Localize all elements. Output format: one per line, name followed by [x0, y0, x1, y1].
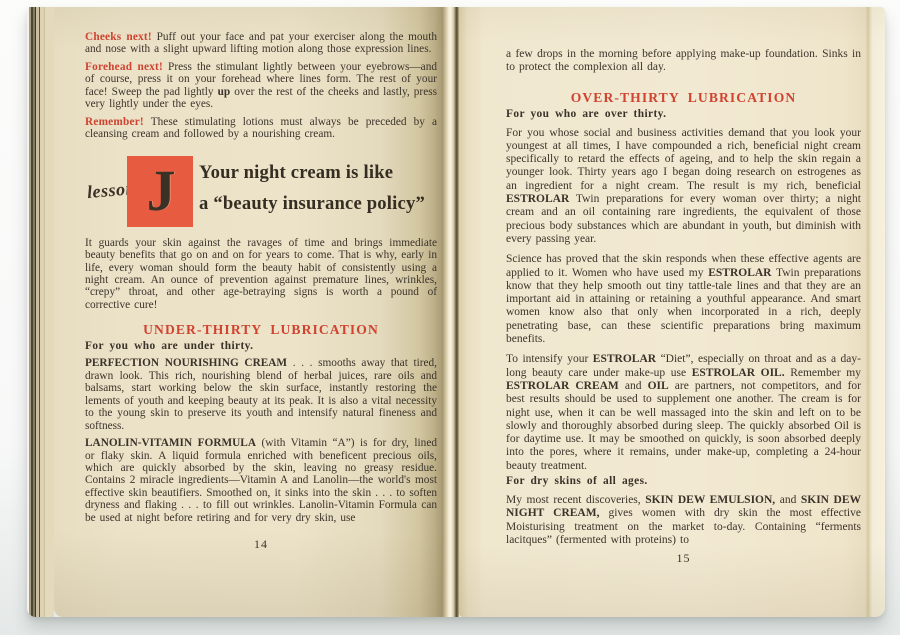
- paragraph-lead: Forehead next!: [85, 61, 163, 73]
- paragraph-recent-discoveries: My most recent discoveries, SKIN DEW EMU…: [506, 494, 861, 547]
- page-15: a few drops in the morning before applyi…: [459, 7, 885, 617]
- page-number-left: 14: [85, 537, 437, 552]
- text-segment: OIL: [648, 380, 669, 392]
- paragraph-cheeks-next: Cheeks next! Puff out your face and pat …: [85, 31, 437, 56]
- text-segment: ESTROLAR OIL.: [692, 367, 785, 379]
- paragraph-lanolin-formula: LANOLIN-VITAMIN FORMULA (with Vitamin “A…: [85, 437, 437, 524]
- text-segment: (with Vitamin “A”) is for dry, lined or …: [85, 437, 437, 524]
- line-dry-skins-all-ages: For dry skins of all ages.: [506, 475, 861, 487]
- text-segment: To intensify your: [506, 353, 593, 365]
- page-number-right: 15: [506, 551, 861, 566]
- text-segment: ESTROLAR: [506, 193, 569, 205]
- text-segment: Remember my: [785, 367, 861, 379]
- lesson-initial-badge: J: [127, 156, 193, 227]
- section-heading-over-thirty: OVER-THIRTY LUBRICATION: [506, 90, 861, 106]
- section-heading-under-thirty: UNDER-THIRTY LUBRICATION: [85, 322, 437, 338]
- lesson-title-line2: a “beauty insurance policy”: [199, 188, 425, 220]
- text-segment: LANOLIN-VITAMIN FORMULA: [85, 437, 256, 449]
- lesson-title-line1: Your night cream is like: [199, 157, 425, 189]
- paragraph-lead: Cheeks next!: [85, 31, 152, 43]
- paragraph-forehead-next: Forehead next! Press the stimulant light…: [85, 61, 437, 111]
- paragraph-perfection-cream: PERFECTION NOURISHING CREAM . . . smooth…: [85, 357, 437, 432]
- book-spine-gutter: [442, 7, 459, 617]
- paragraph-remember: Remember! These stimulating lotions must…: [85, 116, 437, 141]
- text-segment: SKIN DEW EMULSION,: [645, 494, 775, 506]
- text-segment: are partners, not competitors, and for b…: [506, 380, 861, 472]
- lesson-initial-letter: J: [147, 162, 176, 220]
- lesson-header: lesson J Your night cream is like a “bea…: [85, 154, 437, 232]
- text-segment: ESTROLAR: [593, 353, 656, 365]
- paragraph-science-proved: Science has proved that the skin respond…: [506, 253, 861, 346]
- text-segment: It guards your skin against the ravages …: [85, 237, 437, 311]
- stacked-page-edges: [27, 7, 54, 617]
- booklet-spread: Cheeks next! Puff out your face and pat …: [27, 7, 885, 617]
- text-segment: and: [775, 494, 801, 506]
- section-subheading-under-thirty: For you who are under thirty.: [85, 340, 437, 352]
- text-segment: a few drops in the morning before applyi…: [506, 48, 861, 73]
- paragraph-few-drops: a few drops in the morning before applyi…: [506, 48, 861, 75]
- page-15-text-column: a few drops in the morning before applyi…: [459, 7, 885, 617]
- text-segment: and: [619, 380, 648, 392]
- text-segment: PERFECTION NOURISHING CREAM: [85, 357, 287, 369]
- paragraph-for-you-whose: For you whose social and business activi…: [506, 127, 861, 247]
- text-segment: ESTROLAR CREAM: [506, 380, 619, 392]
- paragraph-lead: Remember!: [85, 116, 144, 128]
- text-segment: up: [218, 86, 231, 98]
- text-segment: ESTROLAR: [708, 267, 771, 279]
- text-segment: My most recent discoveries,: [506, 494, 645, 506]
- text-segment: For you whose social and business activi…: [506, 127, 861, 192]
- paragraph-it-guards: It guards your skin against the ravages …: [85, 237, 437, 312]
- page-14-text-column: Cheeks next! Puff out your face and pat …: [54, 7, 442, 617]
- section-subheading-over-thirty: For you who are over thirty.: [506, 108, 861, 120]
- paragraph-to-intensify: To intensify your ESTROLAR “Diet”, espec…: [506, 353, 861, 473]
- page-14: Cheeks next! Puff out your face and pat …: [54, 7, 442, 617]
- lesson-title: Your night cream is like a “beauty insur…: [199, 157, 425, 220]
